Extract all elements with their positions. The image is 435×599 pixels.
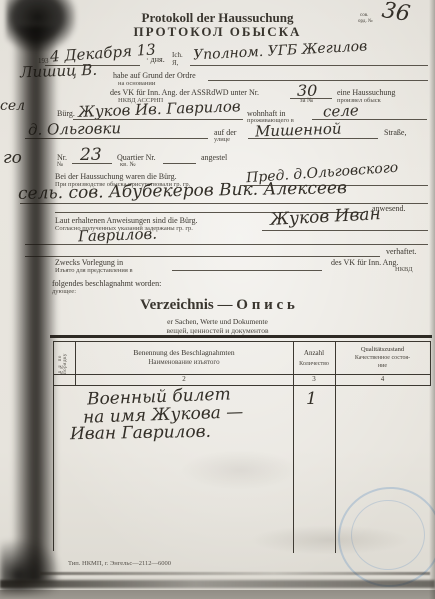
blank-line — [172, 270, 322, 271]
scan-ink-blob — [6, 0, 76, 52]
blank-line — [262, 230, 428, 231]
grund-label-german: habe auf Grund der Ordre — [113, 71, 196, 80]
page-edge-shadow — [429, 0, 435, 599]
inventory-entry-line3: Иван Гаврилов. — [70, 422, 211, 444]
table-line — [53, 385, 431, 386]
table-col4-number: 4 — [335, 375, 430, 383]
blank-line — [208, 80, 428, 81]
table-col3-header-russian: Количество — [293, 361, 335, 367]
vk-line-german: des VK für Inn. Ang. der ASSRdWD unter N… — [110, 88, 259, 97]
table-line — [293, 341, 294, 553]
table-col2-number: 2 — [75, 375, 293, 383]
paper-smudge — [180, 450, 300, 490]
ich-label: Ich. — [172, 51, 183, 59]
print-shop-imprint: Тип. НКМП, г. Энгельс—2112—6000 — [68, 560, 171, 567]
paper-smudge — [250, 525, 410, 555]
inventory-title: Verzeichnis — О п и с ь — [0, 297, 435, 314]
table-col2-header-german: Benennung des Beschlagnahmten — [75, 348, 293, 357]
table-col3-header-german: Anzahl — [293, 349, 335, 357]
inventory-entry-quantity: 1 — [306, 389, 317, 409]
ya-label: Я, — [172, 59, 178, 67]
detained-name-handwritten: Жуков Иван — [270, 204, 382, 230]
strasse-label: Straße, — [384, 128, 406, 137]
scanned-document-page: Protokoll der Haussuchung ПРОТОКОЛ ОБЫСК… — [0, 0, 435, 599]
witnesses-line-german: Bei der Haussuchung waren die Bürg. — [55, 172, 177, 181]
angestel-label: angestel — [201, 153, 227, 162]
table-line — [53, 341, 431, 342]
blank-line — [190, 65, 428, 66]
blank-line — [25, 256, 380, 257]
zwecks-label-german: Zwecks Vorlegung in — [55, 258, 123, 267]
scan-streak — [0, 590, 435, 599]
vk-right-label-german: des VK für Inn. Ang. — [331, 258, 398, 267]
detained-line-german: Laut erhaltenen Anweisungen sind die Bür… — [55, 216, 198, 225]
scan-shadow-band — [12, 26, 58, 582]
blank-line — [72, 163, 112, 164]
day-label: · дня. — [146, 55, 165, 64]
detained-name2-handwritten: Гаврилов. — [78, 225, 158, 246]
table-col4-header-russian-2: ние — [335, 363, 430, 369]
vk-right-label-russian: НКВД — [395, 266, 413, 273]
corner-label-line1: сов. — [360, 13, 368, 18]
settlement-handwritten: селе — [323, 101, 359, 120]
table-col4-header-german: Qualitätszustand — [335, 346, 430, 353]
house-number-handwritten: 23 — [80, 145, 102, 165]
verhaftet-label: verhaftet. — [386, 247, 416, 256]
scan-streak — [0, 580, 435, 588]
grund-label-russian: на основании — [118, 80, 155, 87]
corner-order-number-handwritten: 36 — [380, 0, 412, 27]
zwecks-label-russian: Изъято для представления в — [55, 267, 133, 274]
buerg-label: Bürg. — [57, 109, 75, 118]
citizen-name-handwritten: Жуков Ив. Гаврилов — [78, 97, 241, 121]
haussuchung-result-german: eine Haussuchung — [337, 88, 395, 97]
inventory-subtitle-german: er Sachen, Werte und Dokumente — [0, 317, 435, 326]
table-col1-header-vertical: №№ по порядку — [58, 344, 68, 374]
blank-line — [25, 244, 428, 245]
inventory-subtitle-russian: вещей, ценностей и документов — [0, 326, 435, 335]
kv-label-russian: кв. № — [120, 161, 136, 168]
blank-line — [163, 163, 196, 164]
table-top-rule — [50, 335, 432, 338]
ulitse-label: улице — [214, 136, 230, 143]
blank-line — [290, 98, 332, 99]
scan-streak — [40, 572, 430, 575]
table-col2-header-russian: Наименование изъятого — [75, 358, 293, 366]
table-col4-header-russian-1: Качественное состоя- — [335, 355, 430, 361]
officer-name-handwritten: Уполном. УГБ Жегилов — [193, 38, 368, 63]
folgendes-label-german: folgendes beschlagnahmt worden: — [52, 279, 161, 288]
table-line — [335, 341, 336, 553]
blank-line — [248, 138, 378, 139]
table-col3-number: 3 — [293, 375, 335, 383]
corner-label-line2: орд. № — [358, 19, 373, 24]
